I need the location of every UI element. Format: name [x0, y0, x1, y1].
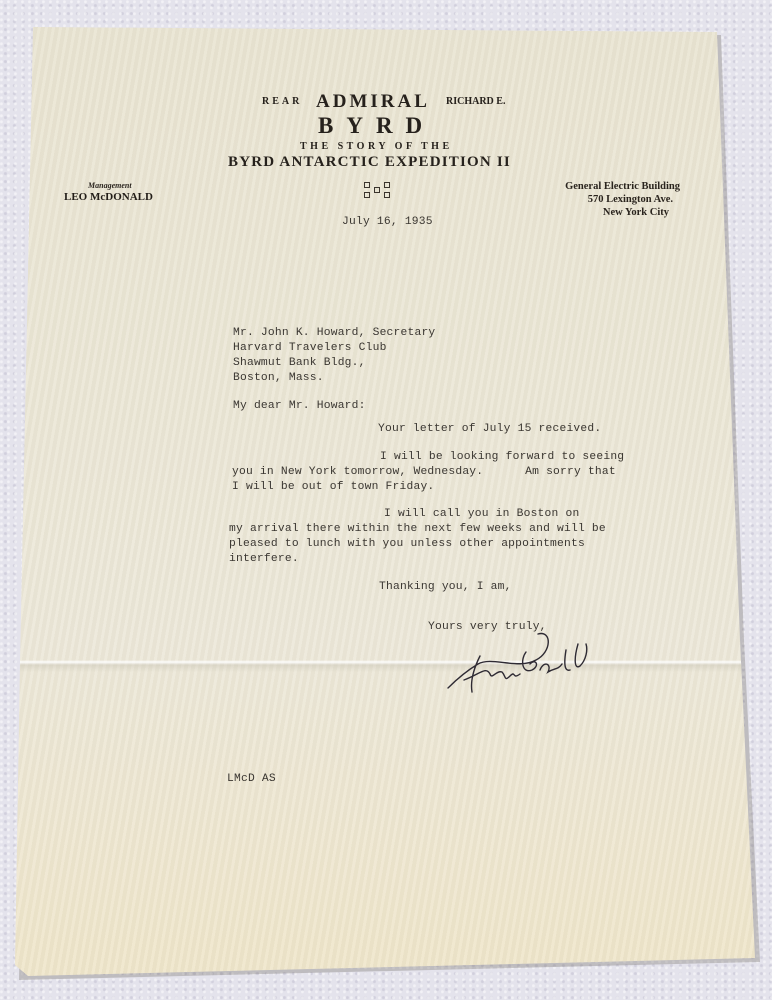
salutation: My dear Mr. Howard:	[233, 398, 366, 414]
letterhead-rear: REAR	[262, 96, 302, 107]
paragraph-3-line-4: interfere.	[229, 551, 299, 567]
management-name: LEO McDONALD	[64, 191, 153, 203]
paragraph-3-line-3: pleased to lunch with you unless other a…	[229, 536, 585, 552]
letterhead-story: THE STORY OF THE	[300, 141, 453, 152]
address-line-2: 570 Lexington Ave.	[560, 194, 673, 205]
paragraph-3-line-2: my arrival there within the next few wee…	[229, 521, 606, 537]
address-line-3: New York City	[560, 207, 669, 218]
recipient-line-4: Boston, Mass.	[233, 370, 324, 386]
letter-date: July 16, 1935	[342, 214, 433, 230]
paragraph-2-line-1: I will be looking forward to seeing	[380, 449, 624, 465]
signature-icon	[440, 630, 600, 700]
letterhead-expedition: BYRD ANTARCTIC EXPEDITION II	[228, 154, 511, 171]
address-line-1: General Electric Building	[560, 181, 680, 192]
paragraph-3-line-1: I will call you in Boston on	[384, 506, 579, 522]
paragraph-2-line-3: I will be out of town Friday.	[232, 479, 434, 495]
snowflake-logo-icon	[363, 180, 393, 198]
paragraph-2-line-2: you in New York tomorrow, Wednesday. Am …	[232, 464, 616, 480]
letterhead-richard: RICHARD E.	[446, 96, 505, 107]
paragraph-1: Your letter of July 15 received.	[378, 421, 601, 437]
recipient-line-1: Mr. John K. Howard, Secretary	[233, 325, 435, 341]
recipient-line-2: Harvard Travelers Club	[233, 340, 387, 356]
letterhead-byrd: BYRD	[318, 113, 435, 139]
letterhead-admiral: ADMIRAL	[316, 91, 430, 113]
management-label: Management	[88, 181, 132, 190]
reference-initials: LMcD AS	[227, 771, 276, 787]
recipient-line-3: Shawmut Bank Bldg.,	[233, 355, 366, 371]
closing-line: Thanking you, I am,	[379, 579, 512, 595]
